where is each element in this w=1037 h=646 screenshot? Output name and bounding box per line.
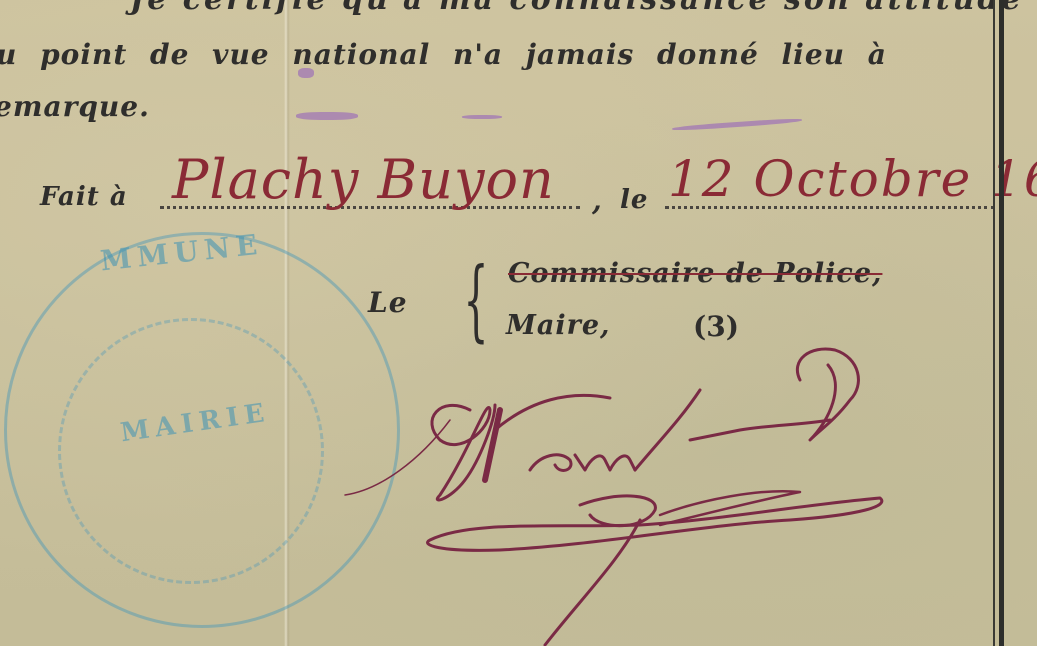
page-border-thick-rule <box>999 0 1004 646</box>
page-border-thin-rule <box>993 0 995 646</box>
handwritten-signature <box>0 0 1037 646</box>
